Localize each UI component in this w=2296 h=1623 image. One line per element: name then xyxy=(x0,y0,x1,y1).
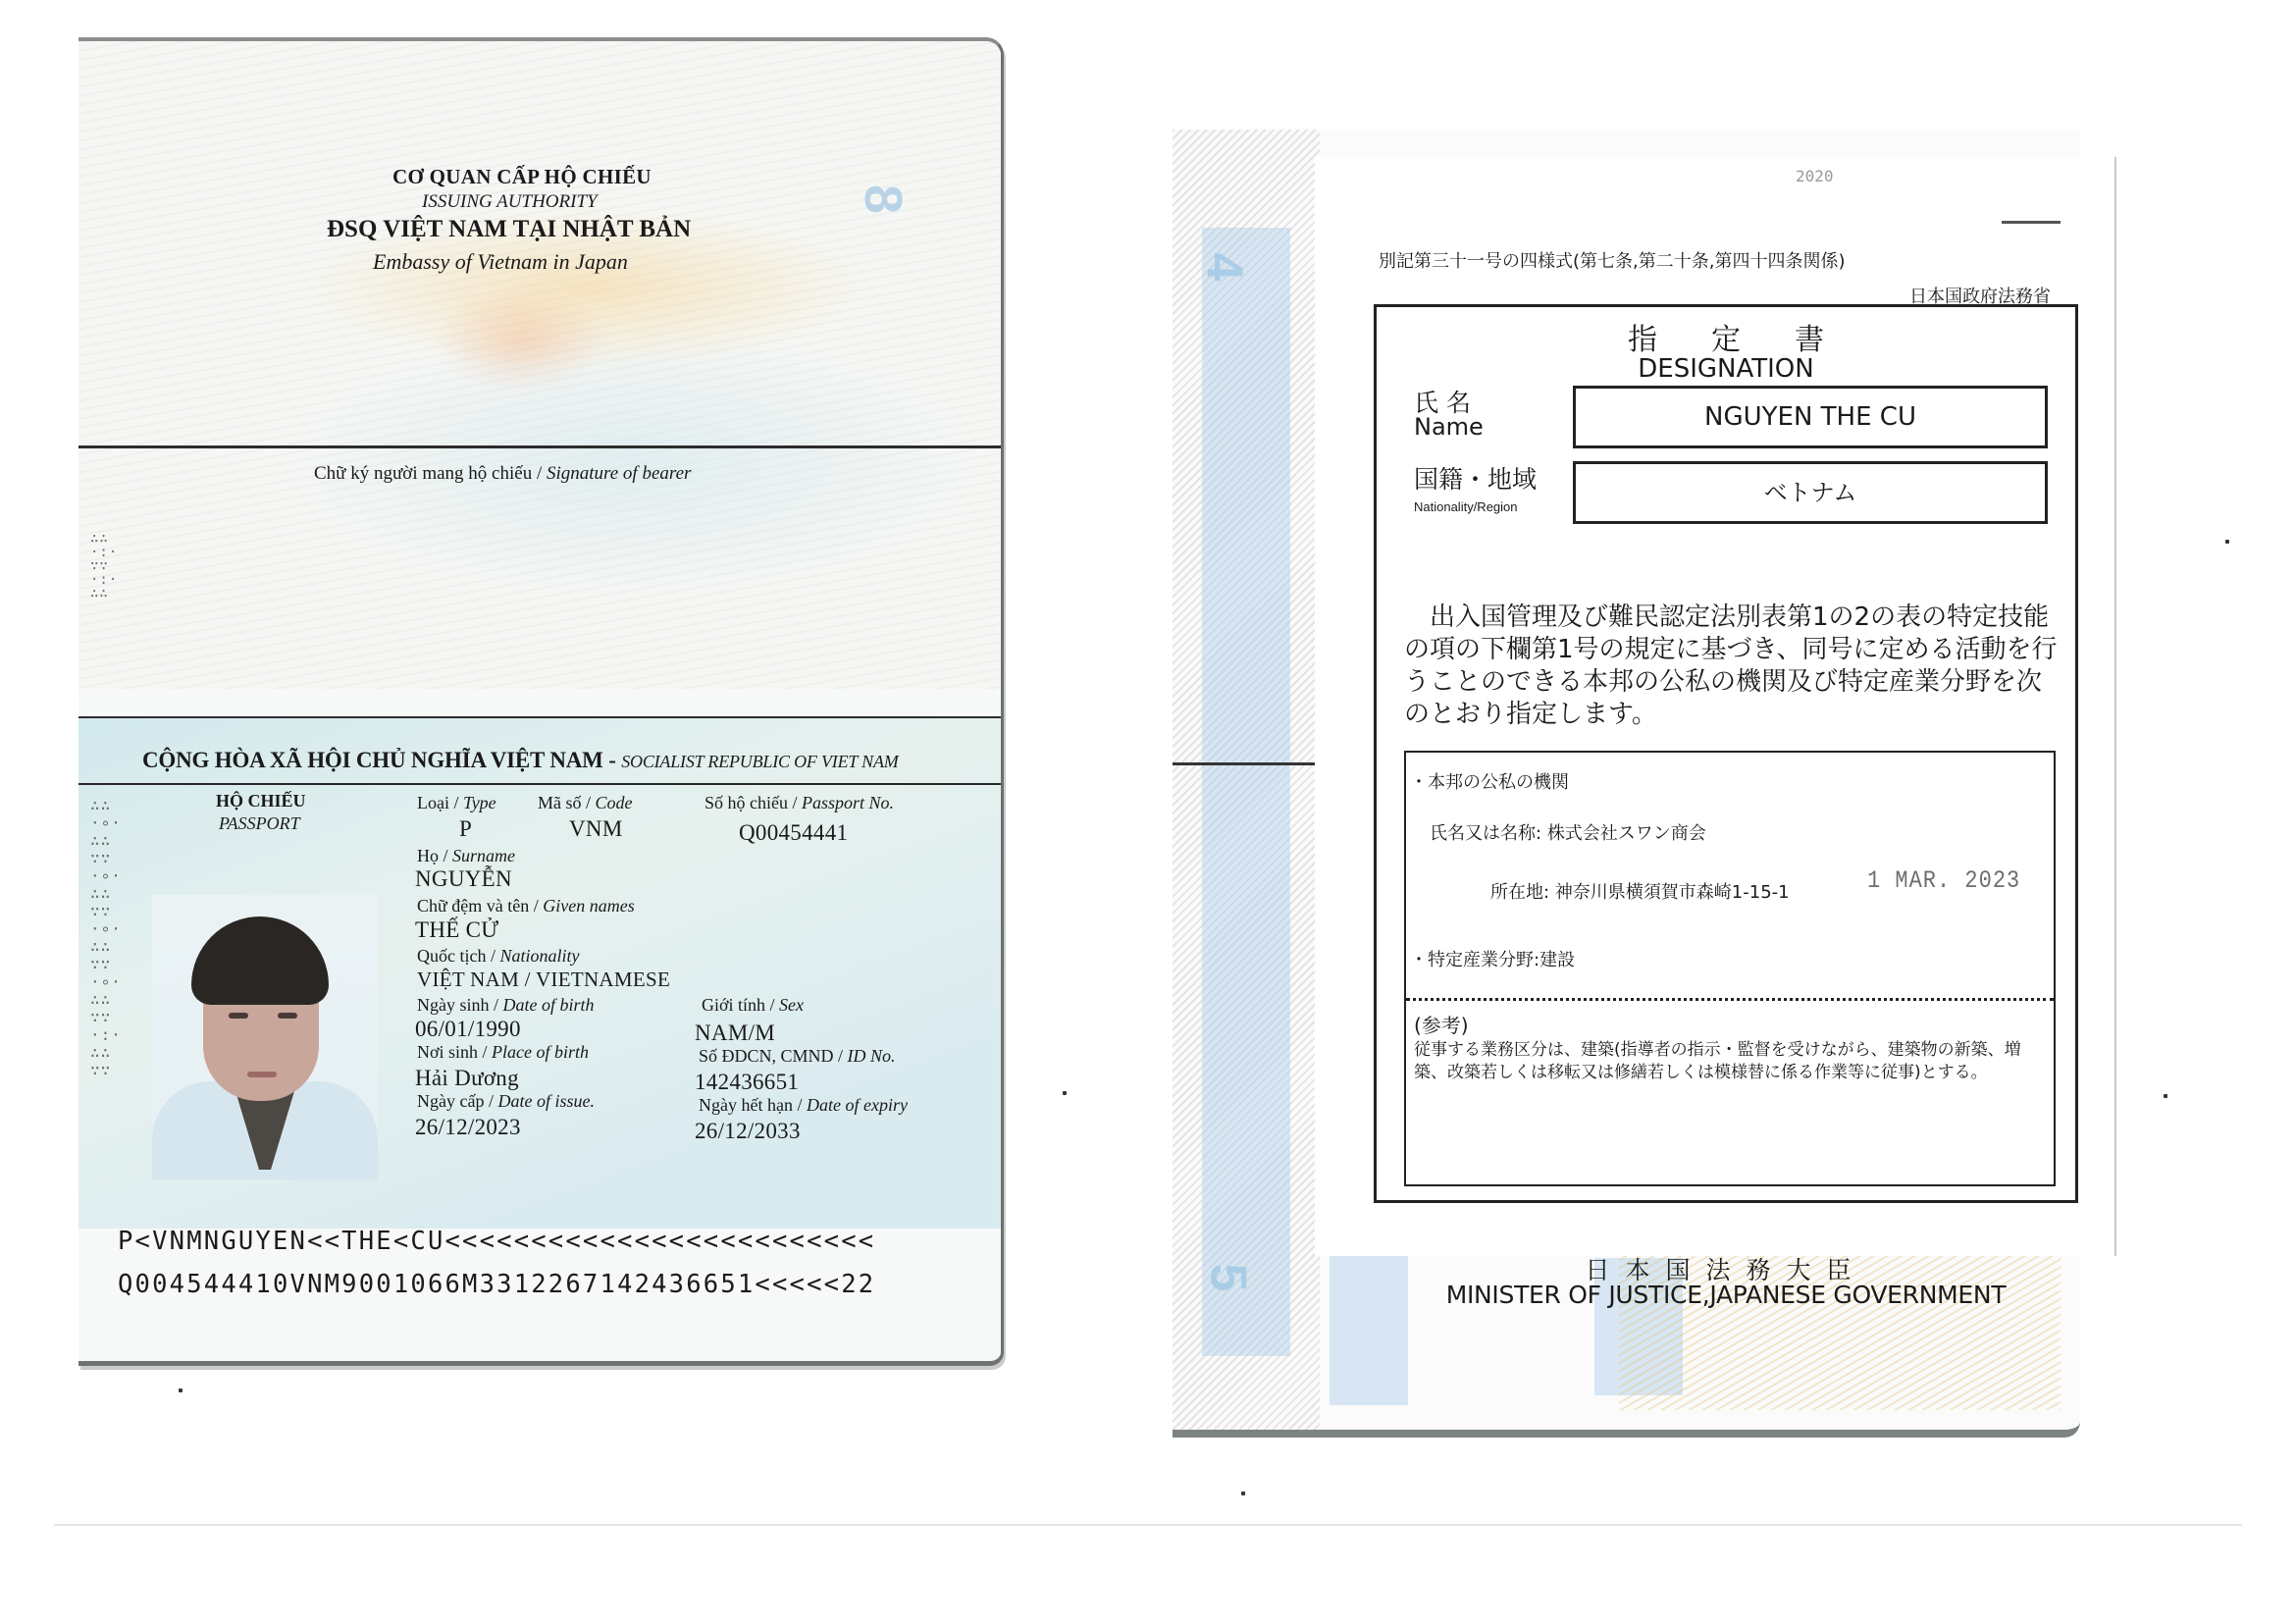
doc-title-vi: HỘ CHIẾU xyxy=(216,791,306,811)
nationality-label-jp: 国籍・地域 xyxy=(1414,460,1537,496)
sex-label: Giới tính / Sex xyxy=(702,995,804,1016)
form-number: 別記第三十一号の四様式(第七条,第二十条,第四十四条関係) xyxy=(1379,247,1846,273)
reference-heading: (参考) xyxy=(1414,1010,1469,1038)
designation-frame: 指定書 DESIGNATION 氏 名 Name NGUYEN THE CU 国… xyxy=(1374,304,2078,1203)
type-label: Loại / Type xyxy=(417,793,496,813)
industry-row: ・特定産業分野:建設 xyxy=(1410,946,1575,971)
passport-page: 8 CƠ QUAN CẤP HỘ CHIẾU ISSUING AUTHORITY… xyxy=(78,37,1004,1366)
divider xyxy=(78,445,1001,448)
issue-date-label: Ngày cấp / Date of issue. xyxy=(417,1091,595,1112)
pob-label: Nơi sinh / Place of birth xyxy=(417,1042,589,1063)
nationality-label-en: Nationality/Region xyxy=(1414,499,1518,514)
industry-value: 建設 xyxy=(1539,950,1575,970)
date-stamp: 1 MAR. 2023 xyxy=(1867,866,2020,895)
nationality-field: ベトナム xyxy=(1573,461,2048,524)
dotted-divider xyxy=(1406,998,2054,1001)
code-value: VNM xyxy=(569,816,623,842)
country-title: CỘNG HÒA XÃ HỘI CHỦ NGHĨA VIỆT NAM - SOC… xyxy=(142,748,899,773)
expiry-date-value: 26/12/2033 xyxy=(695,1119,801,1144)
title-en: DESIGNATION xyxy=(1377,354,2075,384)
nationality-value: VIỆT NAM / VIETNAMESE xyxy=(417,968,670,992)
minister-title-en: MINISTER OF JUSTICE,JAPANESE GOVERNMENT xyxy=(1377,1281,2075,1309)
industry-label: ・特定産業分野: xyxy=(1410,950,1539,970)
mrz-line-2: Q004544410VNM9001066M3312267142436651<<<… xyxy=(118,1270,875,1299)
designation-body-text: 出入国管理及び難民認定法別表第1の2の表の特定技能の項の下欄第1号の規定に基づき… xyxy=(1404,602,2061,731)
mrz-line-1: P<VNMNGUYEN<<THE<CU<<<<<<<<<<<<<<<<<<<<<… xyxy=(118,1227,875,1256)
issuing-authority-label-en: ISSUING AUTHORITY xyxy=(422,191,598,213)
pob-value: Hải Dương xyxy=(415,1066,519,1091)
org-name-label: 氏名又は名称: xyxy=(1430,823,1541,844)
perforation-dots: ∴∴·:·∵∵·:·∴∴ xyxy=(90,532,120,601)
signature-label: Chữ ký người mang hộ chiếu / Signature o… xyxy=(314,463,691,485)
issue-date-value: 26/12/2023 xyxy=(415,1115,521,1140)
issuing-authority-name-en: Embassy of Vietnam in Japan xyxy=(373,249,628,275)
org-address-value: 神奈川県横須賀市森崎1-15-1 xyxy=(1555,882,1790,903)
dob-label: Ngày sinh / Date of birth xyxy=(417,995,595,1016)
type-value: P xyxy=(459,816,472,842)
org-address-label: 所在地: xyxy=(1490,882,1549,903)
sex-value: NAM/M xyxy=(695,1021,775,1046)
passport-no-label: Số hộ chiếu / Passport No. xyxy=(704,793,894,813)
given-names-label: Chữ đệm và tên / Given names xyxy=(417,896,635,916)
title-jp: 指定書 xyxy=(1377,315,2075,358)
name-field: NGUYEN THE CU xyxy=(1573,386,2048,448)
id-no-label: Số ĐDCN, CMND / ID No. xyxy=(699,1046,896,1067)
doc-title-en: PASSPORT xyxy=(219,813,300,834)
code-label: Mã số / Code xyxy=(538,793,633,813)
org-name-value: 株式会社スワン商会 xyxy=(1547,823,1706,844)
designation-document: 2020 別記第三十一号の四様式(第七条,第二十条,第四十四条関係) 日本国政府… xyxy=(1315,157,2116,1256)
given-names-value: THẾ CỬ xyxy=(415,917,498,943)
page-number-bottom: 5 xyxy=(1198,1264,1257,1292)
passport-no-value: Q00454441 xyxy=(739,820,848,846)
passport-data-page: CỘNG HÒA XÃ HỘI CHỦ NGHĨA VIỆT NAM - SOC… xyxy=(78,718,1001,1229)
issuing-authority-label-vi: CƠ QUAN CẤP HỘ CHIẾU xyxy=(392,165,652,189)
page-number-top: 4 xyxy=(1194,253,1253,282)
star-watermark xyxy=(432,287,608,394)
scan-edge-line xyxy=(54,1524,2242,1526)
issuing-authority-name-vi: ĐSQ VIỆT NAM TẠI NHẬT BẢN xyxy=(327,216,691,243)
org-address-row: 所在地: 神奈川県横須賀市森崎1-15-1 xyxy=(1490,878,1790,904)
organization-heading: ・本邦の公私の機関 xyxy=(1410,768,1569,794)
page-number: 8 xyxy=(853,184,913,214)
expiry-date-label: Ngày hết hạn / Date of expiry xyxy=(699,1095,908,1116)
reference-text: 従事する業務区分は、建築(指導者の指示・監督を受けながら、建築物の新築、増築、改… xyxy=(1414,1039,2042,1084)
org-name-row: 氏名又は名称: 株式会社スワン商会 xyxy=(1430,819,1706,845)
surname-value: NGUYỄN xyxy=(415,866,512,892)
surname-label: Họ / Surname xyxy=(417,846,515,866)
holder-photo xyxy=(152,895,378,1179)
dob-value: 06/01/1990 xyxy=(415,1017,521,1042)
passport-observation-page: 8 CƠ QUAN CẤP HỘ CHIẾU ISSUING AUTHORITY… xyxy=(78,41,1001,689)
perforation-number: ∴∴·∘·∴∴∵∵·∘·∴∴∵∵·∘·∴∴∵∵·∘·∴∴∵∵·:·∴∴∵∵ xyxy=(90,797,120,1079)
nationality-label: Quốc tịch / Nationality xyxy=(417,946,580,967)
name-label-en: Name xyxy=(1414,413,1484,441)
divider xyxy=(78,783,1001,785)
top-stamp: 2020 xyxy=(1796,167,1834,185)
id-no-value: 142436651 xyxy=(695,1070,799,1095)
designation-details-box: ・本邦の公私の機関 氏名又は名称: 株式会社スワン商会 所在地: 神奈川県横須賀… xyxy=(1404,751,2056,1186)
